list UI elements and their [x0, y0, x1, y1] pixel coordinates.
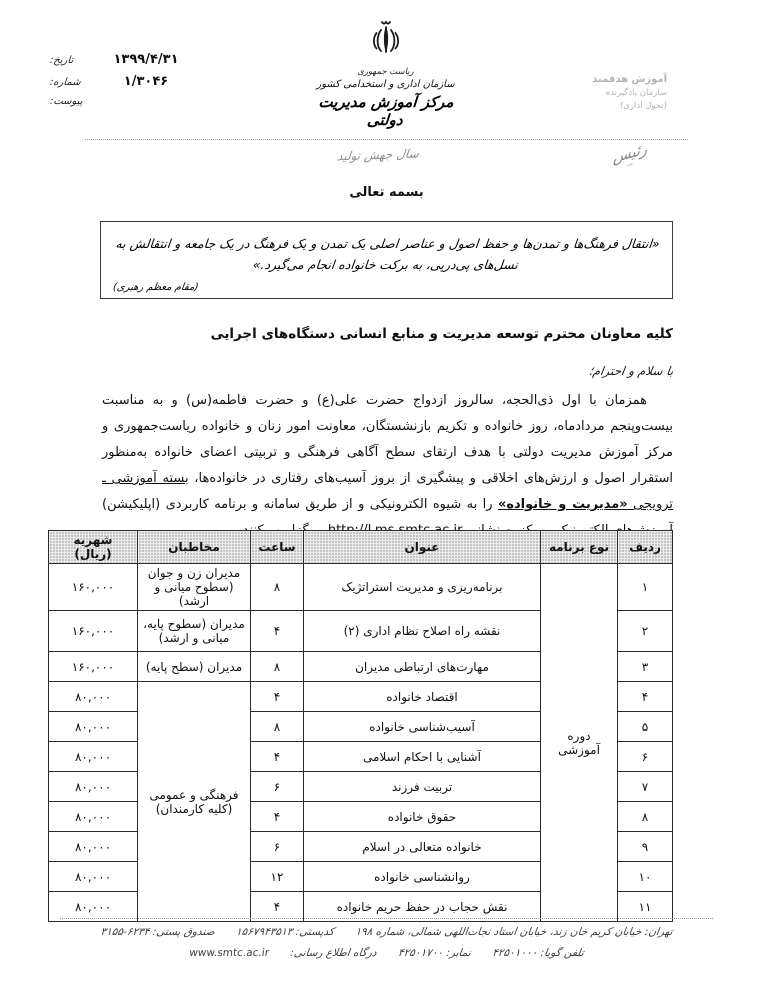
cell-course-title: نقشه راه اصلاح نظام اداری (۲) [304, 611, 541, 652]
number-value: ۱/۳۰۴۶ [92, 74, 200, 89]
cell-audience: مدیران زن و جوان (سطوح میانی و ارشد) [138, 564, 251, 611]
footer-separator [60, 918, 713, 919]
cell-fee: ۸۰,۰۰۰ [49, 682, 138, 712]
date-label: تاریخ: [49, 55, 92, 66]
letter-page: ۱۳۹۹/۴/۳۱ تاریخ: ۱/۳۰۴۶ شماره: پیوست: ری… [0, 0, 773, 1000]
handwritten-signature: رئیس ـ٫ـ [596, 135, 664, 176]
cell-row-number: ۹ [618, 832, 673, 862]
header-row: ردیف نوع برنامه عنوان ساعت مخاطبان شهریه… [49, 531, 673, 564]
basmala: بسمه تعالی [0, 185, 773, 200]
cell-course-title: مهارت‌های ارتباطی مدیران [304, 652, 541, 682]
cell-hours: ۱۲ [251, 862, 304, 892]
cell-fee: ۱۶۰,۰۰۰ [49, 652, 138, 682]
cell-course-title: برنامه‌ریزی و مدیریت استراتژیک [304, 564, 541, 611]
cell-course-title: تربیت فرزند [304, 772, 541, 802]
letterhead-line2: سازمان اداری و استخدامی کشور [298, 79, 473, 90]
year-slogan: سال جهش تولید [317, 146, 439, 164]
date-row: ۱۳۹۹/۴/۳۱ تاریخ: [50, 52, 200, 67]
motto-line2: سازمان یادگیرنده [572, 87, 667, 100]
footer-phone: تلفن گویا: ۴۲۵۰۱۰۰۰ [491, 947, 584, 959]
footer-address: تهران: خیابان کریم خان زند، خیابان استاد… [355, 926, 674, 938]
header-program-type: نوع برنامه [541, 531, 618, 564]
cell-fee: ۸۰,۰۰۰ [49, 712, 138, 742]
letterhead-line1: ریاست جمهوری [298, 67, 473, 77]
motto-line1: آموزش هدفمند [572, 72, 667, 87]
header-audience: مخاطبان [138, 531, 251, 564]
header-row-number: ردیف [618, 531, 673, 564]
cell-fee: ۸۰,۰۰۰ [49, 772, 138, 802]
cell-hours: ۴ [251, 682, 304, 712]
cell-course-title: خانواده متعالی در اسلام [304, 832, 541, 862]
cell-course-title: اقتصاد خانواده [304, 682, 541, 712]
cell-row-number: ۵ [618, 712, 673, 742]
quote-box: «انتقال فرهنگ‌ها و تمدن‌ها و حفظ اصول و … [100, 221, 673, 299]
cell-fee: ۸۰,۰۰۰ [49, 832, 138, 862]
letter-meta-block: ۱۳۹۹/۴/۳۱ تاریخ: ۱/۳۰۴۶ شماره: پیوست: [50, 52, 200, 114]
cell-course-title: آسیب‌شناسی خانواده [304, 712, 541, 742]
cell-hours: ۶ [251, 832, 304, 862]
cell-course-title: آشنایی با احکام اسلامی [304, 742, 541, 772]
cell-hours: ۴ [251, 742, 304, 772]
course-table-body: ۱دوره آموزشیبرنامه‌ریزی و مدیریت استراتژ… [49, 564, 673, 922]
cell-row-number: ۲ [618, 611, 673, 652]
footer-contact-line: تلفن گویا: ۴۲۵۰۱۰۰۰ نمابر: ۴۲۵۰۱۷۰۰ درگا… [39, 947, 733, 959]
cell-audience: مدیران (سطوح پایه، میانی و ارشد) [138, 611, 251, 652]
cell-fee: ۸۰,۰۰۰ [49, 892, 138, 922]
number-row: ۱/۳۰۴۶ شماره: [50, 74, 200, 89]
quote-text: «انتقال فرهنگ‌ها و تمدن‌ها و حفظ اصول و … [109, 234, 664, 275]
cell-hours: ۴ [251, 892, 304, 922]
header-title: عنوان [304, 531, 541, 564]
recipient-heading: کلیه معاونان محترم توسعه مدیریت و منابع … [100, 326, 673, 342]
cell-hours: ۸ [251, 564, 304, 611]
cell-fee: ۱۶۰,۰۰۰ [49, 564, 138, 611]
footer-postal-code: کدپستی: ۱۵۶۷۹۴۳۵۱۳ [235, 926, 334, 938]
letterhead-line3: مرکز آموزش مدیریت دولتی [297, 93, 475, 129]
cell-fee: ۱۶۰,۰۰۰ [49, 611, 138, 652]
cell-program-type: دوره آموزشی [541, 564, 618, 922]
footer-portal-label: درگاه اطلاع رسانی: [290, 947, 378, 959]
course-table-head: ردیف نوع برنامه عنوان ساعت مخاطبان شهریه… [49, 531, 673, 564]
cell-course-title: روانشناسی خانواده [304, 862, 541, 892]
date-value: ۱۳۹۹/۴/۳۱ [92, 52, 200, 67]
footer: تهران: خیابان کریم خان زند، خیابان استاد… [40, 926, 733, 968]
cell-row-number: ۷ [618, 772, 673, 802]
cell-audience: مدیران (سطح پایه) [138, 652, 251, 682]
motto-stamp: آموزش هدفمند سازمان یادگیرنده (تحول ادار… [572, 72, 667, 113]
cell-row-number: ۳ [618, 652, 673, 682]
body-segment-1: همزمان با اول ذی‌الحجه، سالروز ازدواج حض… [102, 393, 673, 486]
course-package-title: «مدیریت و خانواده» [498, 497, 628, 512]
iran-emblem-icon [365, 18, 407, 64]
cell-hours: ۴ [251, 802, 304, 832]
course-table: ردیف نوع برنامه عنوان ساعت مخاطبان شهریه… [48, 530, 673, 922]
attachment-label: پیوست: [49, 96, 92, 107]
cell-hours: ۸ [251, 652, 304, 682]
footer-address-line: تهران: خیابان کریم خان زند، خیابان استاد… [39, 926, 733, 938]
body-paragraph: همزمان با اول ذی‌الحجه، سالروز ازدواج حض… [102, 388, 673, 544]
header-hours: ساعت [251, 531, 304, 564]
footer-fax: نمابر: ۴۲۵۰۱۷۰۰ [397, 947, 471, 959]
cell-row-number: ۱۰ [618, 862, 673, 892]
footer-po-box: صندوق پستی: ۶۲۳۴-۳۱۵۵ [100, 926, 216, 938]
cell-row-number: ۸ [618, 802, 673, 832]
cell-fee: ۸۰,۰۰۰ [49, 742, 138, 772]
quote-attribution: (مقام معظم رهبری) [112, 282, 199, 293]
cell-row-number: ۱۱ [618, 892, 673, 922]
cell-hours: ۸ [251, 712, 304, 742]
cell-fee: ۸۰,۰۰۰ [49, 862, 138, 892]
cell-hours: ۴ [251, 611, 304, 652]
salutation: با سلام و احترام؛ [588, 364, 674, 378]
letterhead: ریاست جمهوری سازمان اداری و استخدامی کشو… [298, 18, 473, 129]
cell-audience-group: فرهنگی و عمومی (کلیه کارمندان) [138, 682, 251, 922]
cell-course-title: نقش حجاب در حفظ حریم خانواده [304, 892, 541, 922]
header-separator [85, 139, 688, 140]
cell-row-number: ۴ [618, 682, 673, 712]
table-row: ۱دوره آموزشیبرنامه‌ریزی و مدیریت استراتژ… [49, 564, 673, 611]
attachment-row: پیوست: [50, 96, 200, 107]
cell-fee: ۸۰,۰۰۰ [49, 802, 138, 832]
footer-portal-url: www.smtc.ac.ir [188, 947, 269, 959]
cell-row-number: ۶ [618, 742, 673, 772]
motto-line3: (تحول اداری) [572, 100, 667, 113]
cell-row-number: ۱ [618, 564, 673, 611]
cell-course-title: حقوق خانواده [304, 802, 541, 832]
cell-hours: ۶ [251, 772, 304, 802]
number-label: شماره: [49, 77, 92, 88]
header-fee: شهریه (ریال) [49, 531, 138, 564]
